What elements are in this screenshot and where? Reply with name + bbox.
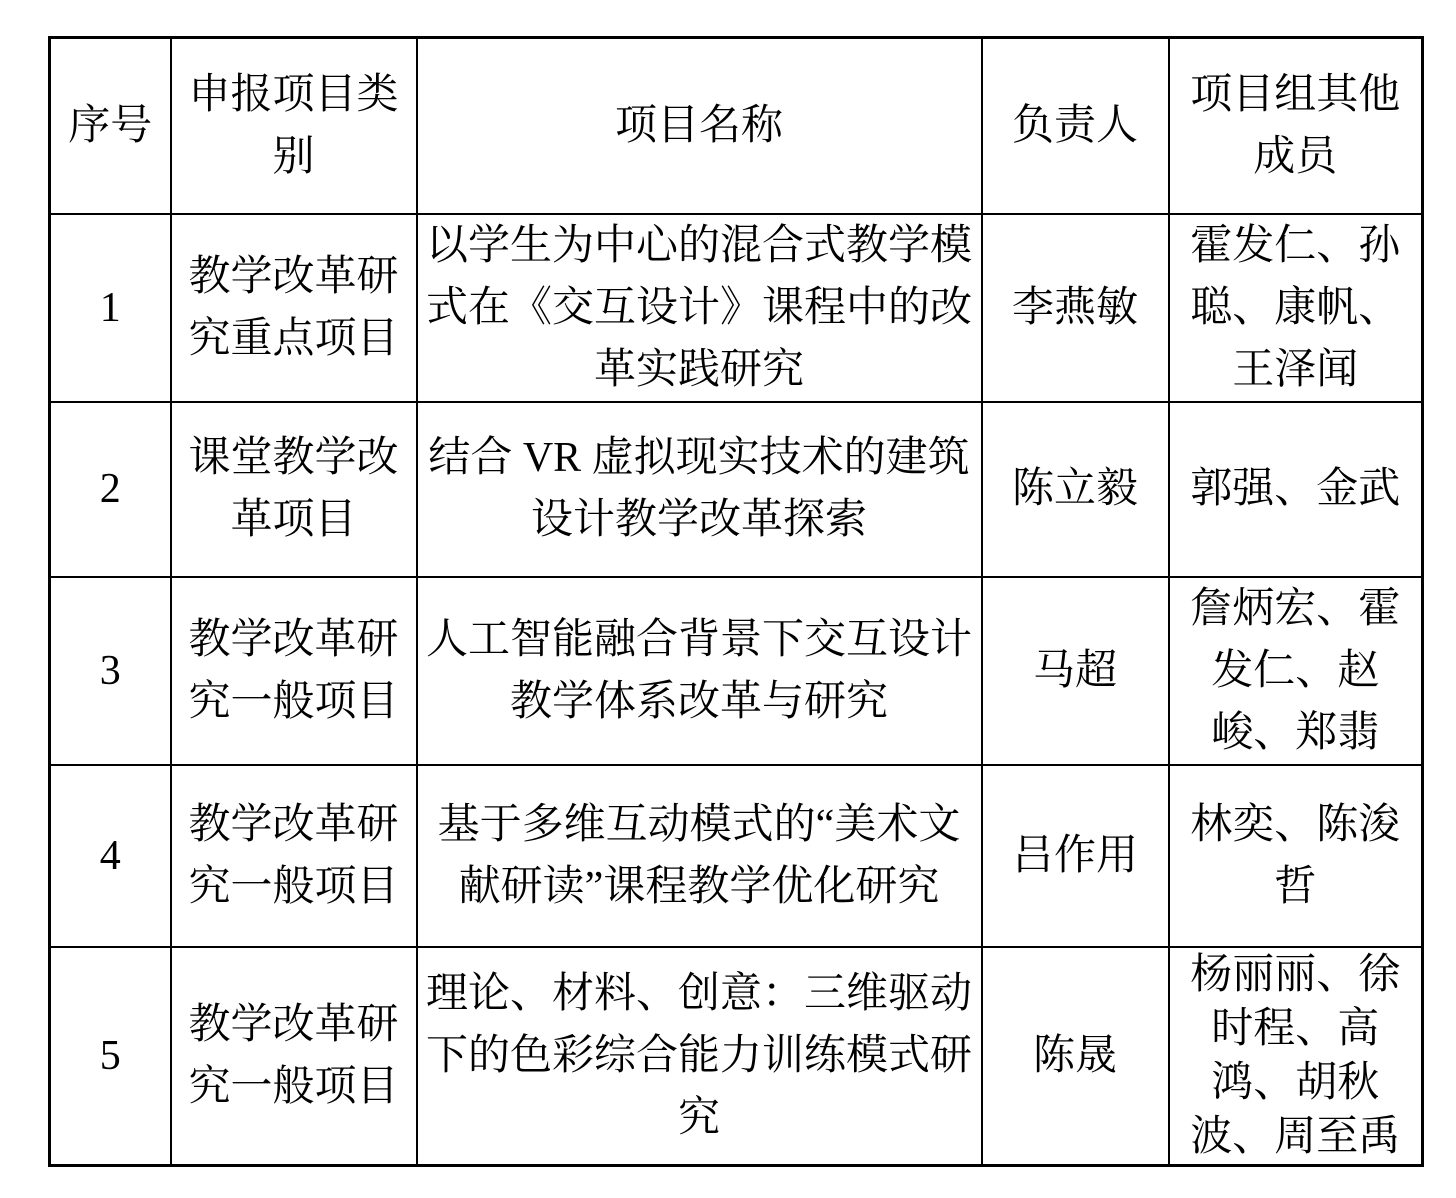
cell-index: 3: [50, 577, 171, 765]
table-row: 5 教学改革研究一般项目 理论、材料、创意：三维驱动下的色彩综合能力训练模式研究…: [50, 947, 1423, 1166]
cell-members: 杨丽丽、徐时程、高鸿、胡秋波、周至禹: [1169, 947, 1423, 1166]
cell-name: 理论、材料、创意：三维驱动下的色彩综合能力训练模式研究: [417, 947, 982, 1166]
cell-category: 教学改革研究一般项目: [171, 947, 417, 1166]
cell-category: 教学改革研究一般项目: [171, 765, 417, 947]
cell-leader: 陈立毅: [982, 402, 1169, 577]
column-header-members: 项目组其他成员: [1169, 38, 1423, 214]
table-row: 4 教学改革研究一般项目 基于多维互动模式的“美术文献研读”课程教学优化研究 吕…: [50, 765, 1423, 947]
cell-name: 以学生为中心的混合式教学模式在《交互设计》课程中的改革实践研究: [417, 214, 982, 402]
table-header-row: 序号 申报项目类别 项目名称 负责人 项目组其他成员: [50, 38, 1423, 214]
cell-category: 教学改革研究一般项目: [171, 577, 417, 765]
projects-table: 序号 申报项目类别 项目名称 负责人 项目组其他成员 1 教学改革研究重点项目 …: [48, 36, 1424, 1167]
cell-name: 基于多维互动模式的“美术文献研读”课程教学优化研究: [417, 765, 982, 947]
column-header-leader: 负责人: [982, 38, 1169, 214]
table-row: 1 教学改革研究重点项目 以学生为中心的混合式教学模式在《交互设计》课程中的改革…: [50, 214, 1423, 402]
table-row: 3 教学改革研究一般项目 人工智能融合背景下交互设计教学体系改革与研究 马超 詹…: [50, 577, 1423, 765]
cell-members: 詹炳宏、霍发仁、赵峻、郑翡: [1169, 577, 1423, 765]
cell-name: 结合 VR 虚拟现实技术的建筑设计教学改革探索: [417, 402, 982, 577]
column-header-category: 申报项目类别: [171, 38, 417, 214]
cell-members: 林奕、陈浚哲: [1169, 765, 1423, 947]
cell-name: 人工智能融合背景下交互设计教学体系改革与研究: [417, 577, 982, 765]
cell-index: 4: [50, 765, 171, 947]
cell-leader: 陈晟: [982, 947, 1169, 1166]
cell-members: 郭强、金武: [1169, 402, 1423, 577]
cell-index: 5: [50, 947, 171, 1166]
cell-index: 2: [50, 402, 171, 577]
cell-leader: 吕作用: [982, 765, 1169, 947]
table-row: 2 课堂教学改革项目 结合 VR 虚拟现实技术的建筑设计教学改革探索 陈立毅 郭…: [50, 402, 1423, 577]
column-header-index: 序号: [50, 38, 171, 214]
cell-category: 课堂教学改革项目: [171, 402, 417, 577]
column-header-name: 项目名称: [417, 38, 982, 214]
cell-members: 霍发仁、孙聪、康帆、王泽闻: [1169, 214, 1423, 402]
cell-leader: 李燕敏: [982, 214, 1169, 402]
cell-index: 1: [50, 214, 171, 402]
cell-leader: 马超: [982, 577, 1169, 765]
cell-category: 教学改革研究重点项目: [171, 214, 417, 402]
